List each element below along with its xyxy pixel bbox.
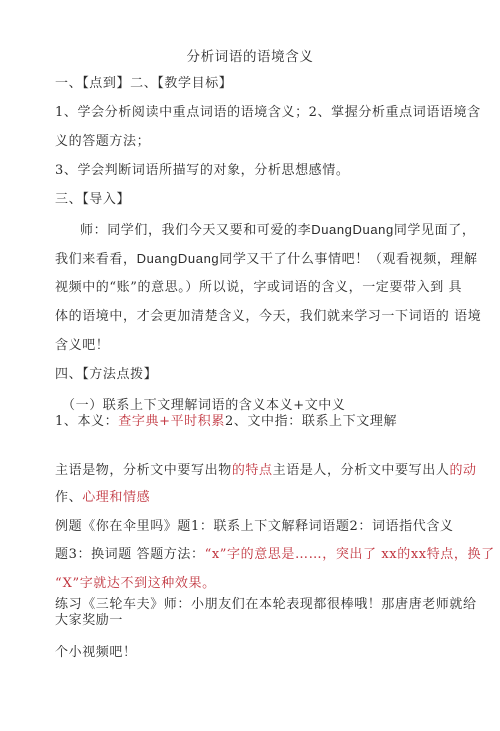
teaching-goal-1-2: 1、学会分析阅读中重点词语的语境含义；2、掌握分析重点词语语境含 [55,105,481,121]
highlight-text: 的动 [449,463,476,478]
question-3-line-cont: “X”字就达不到这种效果。 [55,576,216,592]
intro-paragraph-line: 师：同学们，我们今天又要和可爱的李DuangDuang同学见面了， [80,222,475,239]
practice-line: 练习《三轮车夫》师：小朋友们在本轮表现都很棒哦！那唐唐老师就给 [55,597,477,613]
teaching-goal-1-2-cont: 义的答题方法； [55,134,150,150]
intro-paragraph-line: 视频中的“账”的意思。）所以说，字或词语的含义，一定要带入到 具 [55,280,462,296]
highlight-text: 心理和情感 [82,490,150,505]
section-heading-3: 三、【导入】 [55,192,130,208]
document-page: 分析词语的语境含义 一、【点到】二、【教学目标】 1、学会分析阅读中重点词语的语… [0,0,500,731]
subject-rule-line: 主语是物，分析文中要写出物的特点主语是人，分析文中要写出人的动 [55,463,477,479]
method-line: 1、本义：查字典+平时积累2、文中指：联系上下文理解 [55,414,397,430]
section-heading-1-2: 一、【点到】二、【教学目标】 [55,76,232,92]
teaching-goal-3: 3、学会判断词语所描写的对象，分析思想感情。 [55,163,349,179]
practice-line-end: 个小视频吧！ [55,645,137,661]
section-heading-4: 四、【方法点拨】 [55,367,157,383]
document-title: 分析词语的语境含义 [0,49,500,65]
highlight-text: “x”字的意思是……，突出了 xx的xx特点，换了 [205,547,495,562]
intro-paragraph-line: 体的语境中，才会更加清楚含义，今天，我们就来学习一下词语的 语境 [55,309,481,325]
practice-line-cont: 大家奖励一 [55,613,123,629]
highlight-text: 查字典+平时积累 [118,414,225,429]
example-line: 例题《你在伞里吗》题1：联系上下文解释词语题2：词语指代含义 [55,519,454,535]
intro-paragraph-line: 含义吧！ [55,338,109,354]
highlight-text: 的特点 [232,463,273,478]
method-heading: （一）联系上下文理解词语的含义本义+文中义 [62,398,346,414]
intro-paragraph-line: 我们来看看，DuangDuang同学又干了什么事情吧！（观看视频，理解 [55,251,478,268]
question-3-line: 题3：换词题 答题方法：“x”字的意思是……，突出了 xx的xx特点，换了 [55,547,495,563]
subject-rule-line-cont: 作、心理和情感 [55,490,150,506]
